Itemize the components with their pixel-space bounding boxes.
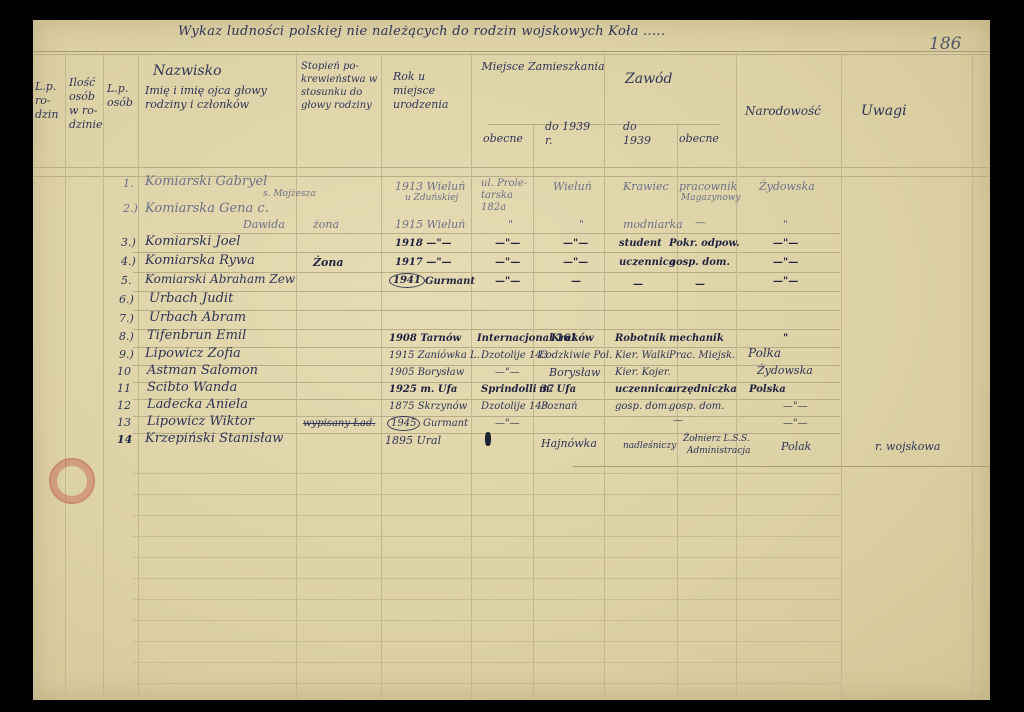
row-nationality: —"—: [773, 256, 798, 269]
document-title: Wykaz ludności polskiej nie należących d…: [178, 24, 665, 39]
row-birth: 1915 Wieluń: [395, 218, 465, 231]
header-rule: [33, 51, 990, 52]
column-divider: [296, 53, 297, 700]
row-lp: 4.): [121, 255, 136, 268]
row-rule: [133, 662, 840, 663]
row-name: Krzepiński Stanisław: [145, 432, 283, 445]
header-zawod: Zawód: [625, 72, 672, 86]
header-miejsce: Miejsce Zamieszkania: [478, 60, 608, 74]
header-narodowosc: Narodowość: [745, 104, 821, 118]
row-address-now: Dzotolije 143: [481, 349, 548, 362]
row-address-now: —"—: [495, 366, 520, 379]
row-name: Ladecka Aniela: [147, 398, 248, 411]
row-nationality: Polak: [781, 440, 811, 453]
row-job-now: —: [695, 278, 705, 291]
row-lp: 12: [117, 399, 131, 412]
row-address-now: —"—: [495, 275, 520, 288]
row-job-now: Pokr. odpow.: [669, 237, 740, 250]
row-rule: [173, 233, 840, 234]
row-address-1939: Hajnówka: [541, 437, 597, 450]
column-divider: [736, 53, 737, 700]
row-name: Astman Salomon: [147, 364, 258, 377]
header-rok: Rok u miejsce urodzenia: [393, 70, 465, 112]
row-rule: [133, 536, 840, 537]
row-address-1939: Kraków: [551, 332, 594, 345]
row-lp: 9.): [119, 348, 134, 361]
row-birth-place: Gurmant: [425, 275, 475, 288]
row-job-now-note: Magazynowy: [681, 192, 741, 205]
row-address-now: —"—: [495, 417, 520, 430]
row-job-now: urzędniczka: [669, 383, 737, 396]
header-zawod-obecne: obecne: [679, 132, 719, 146]
row-lp: 11: [117, 382, 131, 395]
archive-stamp-icon: [49, 458, 95, 504]
row-birth: 1875 Skrzynów: [389, 400, 467, 413]
row-lp: 14: [117, 433, 132, 446]
row-name: Urbach Abram: [149, 311, 246, 324]
header-ilosc-osob: Ilość osób w ro-dzinie: [69, 76, 103, 132]
row-birth-year-circled: 1945: [387, 416, 420, 431]
column-divider: [381, 53, 382, 700]
header-lp-osob: L.p. osób: [107, 82, 137, 110]
row-name-note: s. Mojżesza: [263, 188, 316, 201]
header-nazwisko-sub: Imię i imię ojca głowy rodziny i członkó…: [145, 84, 285, 112]
row-nationality: Polka: [748, 347, 781, 360]
row-job-1939: —: [673, 414, 683, 427]
row-address-1939: —"—: [563, 237, 588, 250]
row-lp: 10: [117, 365, 131, 378]
row-lp: 8.): [119, 330, 134, 343]
row-relation: żona: [313, 218, 339, 231]
row-address-1939: Łodzkiwie Pol.: [539, 349, 612, 362]
row-address-1939: Poznań: [541, 400, 577, 413]
column-divider: [65, 53, 66, 700]
row-address-now: ul. Prole- tarska 182a: [481, 178, 541, 214]
header-uwagi: Uwagi: [861, 104, 907, 118]
row-job-1939: gosp. dom.: [615, 400, 670, 413]
row-nationality: —"—: [773, 237, 798, 250]
row-name: Komiarski Gabryel: [145, 175, 267, 188]
header-stopien: Stopień po-krewieństwa w stosunku do gło…: [301, 60, 381, 112]
header-nazwisko: Nazwisko: [153, 64, 222, 78]
row-birth: 1908 Tarnów: [389, 332, 461, 345]
row-birth: 1918 —"—: [395, 237, 452, 250]
row-job-1939: modniarka: [623, 218, 683, 231]
row-job-1939: uczennica: [619, 256, 675, 269]
row-name: Lipowicz Wiktor: [147, 415, 254, 428]
row-job-1939: Krawiec: [623, 180, 669, 193]
header-miejsce-obecne: obecne: [483, 132, 523, 146]
row-name: Tifenbrun Emil: [147, 329, 246, 342]
row-lp: 13: [117, 416, 131, 429]
row-birth: 1895 Ural: [385, 434, 441, 447]
row-job-1939: Kier. Kojer.: [615, 366, 671, 379]
row-birth: 1905 Borysław: [389, 366, 464, 379]
row-name-note: Dawida: [243, 218, 285, 231]
row-relation: Żona: [313, 256, 344, 269]
row-name: Scibto Wanda: [147, 381, 237, 394]
column-divider: [972, 53, 973, 700]
row-rule: [133, 291, 840, 292]
row-job-1939: nadleśniczy: [623, 440, 676, 453]
row-lp: 2.): [123, 202, 138, 215]
row-address-1939: —"—: [563, 256, 588, 269]
row-nationality: —"—: [783, 400, 808, 413]
row-address-now: ": [508, 218, 513, 231]
row-nationality: ": [783, 332, 788, 345]
header-miejsce-do1939: do 1939 r.: [545, 120, 595, 148]
row-rule: [133, 599, 840, 600]
row-address-1939: Wieluń: [553, 180, 592, 193]
column-divider: [841, 53, 842, 700]
row-birth-note: u Zduńskiej: [405, 192, 458, 205]
row-job-now-note: Administracja: [687, 445, 750, 458]
row-address-1939: Borysław: [549, 366, 600, 379]
row-lp: 1.: [123, 177, 134, 190]
row-address-now: Dzotolije 143: [481, 400, 548, 413]
header-lp-rodzin: L.p. ro-dzin: [35, 80, 65, 122]
row-job-1939: uczennica: [615, 383, 671, 396]
row-job-now: Prac. Miejsk.: [669, 349, 735, 362]
row-nationality: Żydowska: [757, 364, 813, 377]
row-name: Komiarska Gena c.: [145, 202, 269, 215]
row-birth: 1915 Zaniówka L.: [389, 349, 480, 362]
row-birth-place: Gurmant: [423, 417, 468, 430]
column-divider: [103, 53, 104, 700]
row-rule: [133, 620, 840, 621]
row-job-now: —: [695, 216, 706, 229]
row-rule: [133, 641, 840, 642]
row-job-1939: —: [633, 278, 643, 291]
row-rule: [133, 578, 840, 579]
row-address-1939: ": [579, 218, 584, 231]
row-rule: [133, 473, 840, 474]
row-nationality: —"—: [783, 417, 808, 430]
column-divider: [604, 53, 605, 700]
row-name: Komiarski Joel: [145, 235, 240, 248]
row-lp: 5.: [121, 274, 132, 287]
row-job-1939: Kier. Walki: [615, 349, 669, 362]
row-address-1939: m. Ufa: [539, 383, 576, 396]
row-rule: [133, 515, 840, 516]
row-nationality: —"—: [773, 275, 798, 288]
row-rule: [573, 466, 990, 467]
row-nationality: Polska: [749, 383, 786, 396]
document-page: Wykaz ludności polskiej nie należących d…: [33, 20, 990, 700]
row-job-1939: student: [619, 237, 662, 250]
row-lp: 7.): [119, 312, 134, 325]
header-zawod-do1939: do 1939: [623, 120, 663, 148]
row-name: Urbach Judit: [149, 292, 233, 305]
row-address-1939: —: [571, 275, 581, 288]
column-divider: [471, 53, 472, 700]
row-birth: 1917 —"—: [395, 256, 452, 269]
row-name-note-struck: wypisany Ład.: [303, 417, 375, 430]
row-rule: [133, 494, 840, 495]
row-nationality: ": [783, 218, 788, 231]
row-job-now: gosp. dom.: [669, 256, 730, 269]
row-address-now: —"—: [495, 256, 520, 269]
row-job-1939: Robotnik: [615, 332, 666, 345]
row-rule: [133, 683, 840, 684]
row-lp: 3.): [121, 236, 136, 249]
row-address-now: —"—: [495, 237, 520, 250]
row-name: Komiarska Rywa: [145, 254, 255, 267]
row-name: Komiarski Abraham Zew: [145, 273, 295, 286]
row-birth-year-circled: 1941: [389, 273, 425, 288]
column-divider: [138, 53, 139, 700]
row-nationality: Żydowska: [759, 180, 815, 193]
ink-blot: [485, 432, 491, 446]
row-birth: 1925 m. Ufa: [389, 383, 457, 396]
row-remarks: r. wojskowa: [875, 440, 940, 453]
row-rule: [133, 557, 840, 558]
row-name: Lipowicz Zofia: [145, 347, 241, 360]
row-job-now: gosp. dom.: [669, 400, 724, 413]
row-job-now: mechanik: [669, 332, 724, 345]
row-lp: 6.): [119, 293, 134, 306]
header-bottom-rule: [33, 167, 990, 168]
